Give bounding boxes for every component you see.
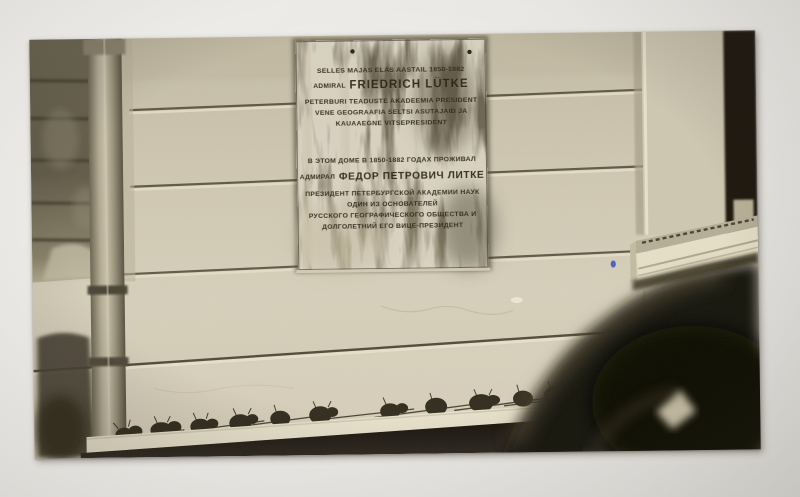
photograph: SELLES MAJAS ELAS AASTAIL 1850-1882 ADMI… bbox=[29, 30, 760, 458]
plaque-ru-admiral: АДМИРАЛ bbox=[300, 174, 335, 181]
plaque-line-ru-5: РУССКОГО ГЕОГРАФИЧЕСКОГО ОБЩЕСТВА И bbox=[298, 211, 488, 220]
plaque-line-et-name: ADMIRAL FRIEDRICH LÜTKE bbox=[296, 78, 486, 92]
plaque-line-ru-6: ДОЛГОЛЕТНИЙ ЕГО ВИЦЕ-ПРЕЗИДЕНТ bbox=[298, 222, 488, 231]
plaque-line-et-3: PETERBURI TEADUSTE AKADEEMIA PRESIDENT bbox=[296, 97, 486, 106]
plaque-line-ru-3: ПРЕЗИДЕНТ ПЕТЕРБУРГСКОЙ АКАДЕМИИ НАУК bbox=[297, 189, 487, 198]
plaque-et-admiral: ADMIRAL bbox=[313, 82, 346, 89]
plaque-line-ru-4: ОДИН ИЗ ОСНОВАТЕЛЕЙ bbox=[297, 200, 487, 209]
plaque-line-et-1: SELLES MAJAS ELAS AASTAIL 1850-1882 bbox=[296, 66, 486, 75]
plaque-line-ru-1: В ЭТОМ ДОМЕ В 1850-1882 ГОДАХ ПРОЖИВАЛ bbox=[297, 156, 487, 165]
plaque-line-ru-name: АДМИРАЛ ФЕДОР ПЕТРОВИЧ ЛИТКЕ bbox=[297, 170, 487, 183]
plaque-line-et-4: VENE GEOGRAAFIA SELTSI ASUTAJAID JA bbox=[296, 108, 486, 117]
plaque-inscription: SELLES MAJAS ELAS AASTAIL 1850-1882 ADMI… bbox=[295, 39, 488, 271]
plaque-et-name: FRIEDRICH LÜTKE bbox=[349, 78, 468, 92]
plaque-line-et-5: KAUAAEGNE VITSEPRESIDENT bbox=[296, 119, 486, 128]
plaque-ru-name: ФЕДОР ПЕТРОВИЧ ЛИТКЕ bbox=[339, 170, 485, 183]
